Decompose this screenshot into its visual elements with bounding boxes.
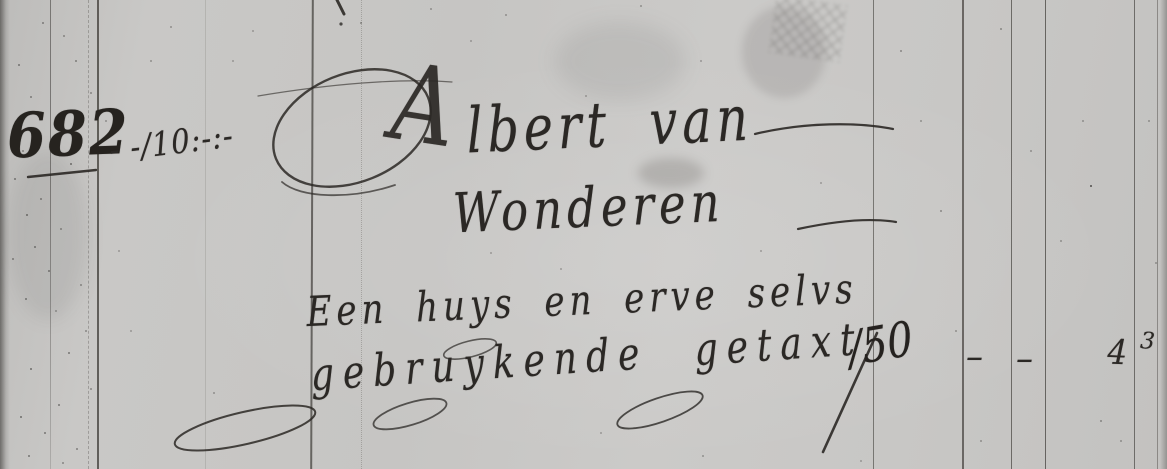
descender-loop-y1	[370, 392, 449, 435]
flourish-after-van	[755, 124, 893, 134]
top-ink-fragment	[337, 0, 344, 14]
top-ink-dot	[339, 22, 342, 25]
descender-loop-g2	[614, 384, 707, 436]
name-line1: lbert van	[466, 87, 754, 162]
description-value: ∕50	[846, 315, 915, 373]
name-initial: A	[388, 48, 460, 164]
capital-a-tail	[282, 182, 395, 195]
scanned-register-page: 682 - -∕10:-:- A lbert van Wonderen Een …	[0, 0, 1167, 469]
flourish-after-wonderen	[798, 220, 896, 229]
margin-number-second: 3	[1139, 330, 1155, 354]
amount-dash-2: –	[1016, 342, 1033, 376]
margin-number-first: 4	[1107, 336, 1128, 371]
amount-dash-1: –	[966, 340, 983, 374]
descender-loop-g1	[171, 396, 319, 460]
name-line2: Wonderen	[452, 174, 725, 240]
